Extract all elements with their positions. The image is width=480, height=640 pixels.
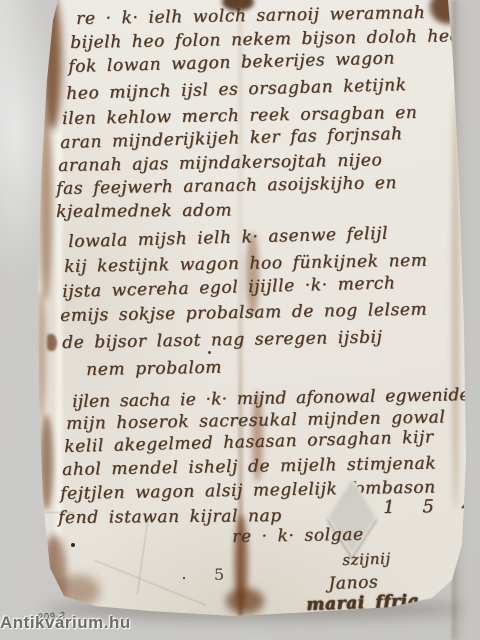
crease — [137, 520, 148, 594]
handwritten-line: lowala mijsh ielh k· asenwe felijl — [68, 224, 388, 252]
handwritten-line: fas feejwerh aranach asoijskijho en — [56, 173, 397, 199]
handwritten-line: ijsta wcereha egol ijijlle ·k· merch — [62, 273, 396, 302]
handwritten-line: fend istawan kijral nap — [58, 506, 282, 528]
page-number: 5 — [214, 565, 224, 584]
crease — [95, 560, 207, 606]
handwritten-line: nem probalom — [86, 358, 222, 380]
stain — [226, 588, 264, 614]
stain — [42, 535, 66, 615]
handwritten-line: fejtjlen wagon alsij meglelijk fombason — [60, 477, 436, 504]
handwritten-line: aran mijnderijkijeh ker fas forjnsah — [60, 124, 403, 153]
signature-line: Janos — [328, 572, 379, 594]
handwritten-line: de bijsor lasot nag seregen ijsbij — [62, 327, 383, 353]
handwritten-line: kjealmednek adom — [56, 200, 232, 222]
manuscript-photo: re · k· ielh wolch sarnoij weramnah bije… — [0, 0, 480, 640]
closing-line: re · k· solgae — [232, 525, 364, 547]
watermark: Antikvárium.hu — [0, 613, 131, 633]
handwritten-line: heo mijnch ijsl es orsagban ketijnk — [66, 75, 407, 104]
ink-dot — [71, 543, 75, 547]
manuscript-page: re · k· ielh wolch sarnoij weramnah bije… — [0, 0, 480, 640]
stain — [40, 415, 53, 510]
handwritten-line: bijelh heo folon nekem bijson doloh heo — [70, 26, 461, 53]
ink-dot — [208, 351, 211, 354]
ink-dot — [183, 577, 185, 579]
handwritten-line: emijs sokjse probalsam de nog lelsem — [60, 300, 427, 326]
stain — [37, 290, 46, 420]
handwritten-line: re · k· ielh wolch sarnoij weramnah — [76, 3, 425, 29]
handwritten-line: aranah ajas mijndakersojtah nijeo — [58, 150, 382, 176]
signature-line: szijnij — [342, 549, 391, 569]
handwritten-line: ahol mendel ishelj de mijelh stimjenak — [62, 453, 436, 480]
margin-mark — [47, 334, 57, 351]
handwritten-line: fok lowan wagon bekerijes wagon — [68, 48, 395, 77]
